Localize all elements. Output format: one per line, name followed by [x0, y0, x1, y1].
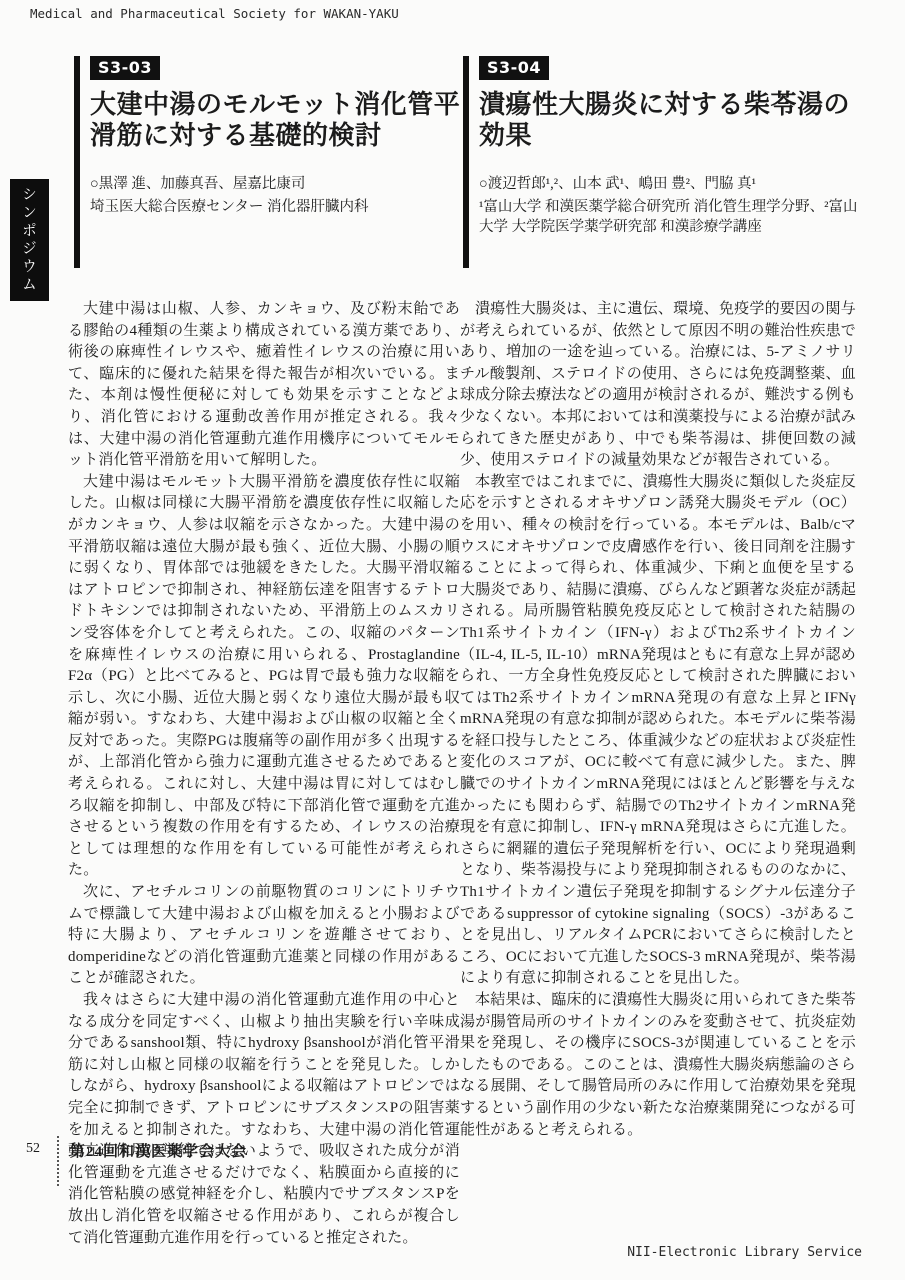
conference-name: 第24回和漢医薬学会大会: [70, 1140, 247, 1161]
authors-s3-03: ○黒澤 進、加藤真吾、屋嘉比康司: [90, 175, 468, 195]
paragraph: 我々はさらに大建中湯の消化管運動亢進作用の中心となる成分を同定すべく、山椒より抽…: [68, 990, 460, 1249]
session-badge-s3-03: S3-03: [90, 56, 160, 80]
paragraph: 本結果は、臨床的に潰瘍性大腸炎に用いられてきた柴苓湯が腸管局所のサイトカインのみ…: [460, 990, 856, 1141]
paragraph: 潰瘍性大腸炎は、主に遺伝、環境、免疫学的要因の関与が考えられているが、依然として…: [460, 299, 856, 472]
abstract-title-s3-04: 潰瘍性大腸炎に対する柴苓湯の効果: [479, 89, 869, 151]
page-number: 52: [26, 1141, 40, 1157]
paragraph: 大建中湯はモルモット大腸平滑筋を濃度依存性に収縮した。山椒は同様に大腸平滑筋を濃…: [68, 472, 460, 882]
abstract-title-s3-03: 大建中湯のモルモット消化管平滑筋に対する基礎的検討: [90, 89, 468, 151]
paragraph: 本教室ではこれまでに、潰瘍性大腸炎に類似した炎症反応を示すとされるオキサゾロン誘…: [460, 472, 856, 990]
affiliation-s3-03: 埼玉医大総合医療センター 消化器肝臓内科: [90, 197, 468, 217]
authors-s3-04: ○渡辺哲郎¹,²、山本 武¹、嶋田 豊²、門脇 真¹: [479, 175, 869, 195]
session-badge-s3-04: S3-04: [479, 56, 549, 80]
paragraph: 大建中湯は山椒、人参、カンキョウ、及び粉末飴である膠飴の4種類の生薬より構成され…: [68, 299, 460, 472]
abstract-body-s3-04: 潰瘍性大腸炎は、主に遺伝、環境、免疫学的要因の関与が考えられているが、依然として…: [460, 299, 856, 1141]
footer-dotted-divider: [57, 1136, 59, 1186]
abstract-header-s3-04: S3-04 潰瘍性大腸炎に対する柴苓湯の効果 ○渡辺哲郎¹,²、山本 武¹、嶋田…: [463, 56, 869, 268]
affiliation-s3-04: ¹富山大学 和漢医薬学総合研究所 消化管生理学分野、²富山大学 大学院医学薬学研…: [479, 197, 869, 237]
nii-library-service-text: NII-Electronic Library Service: [627, 1245, 862, 1260]
paragraph: 次に、アセチルコリンの前駆物質のコリンにトリチウムで標識して大建中湯および山椒を…: [68, 882, 460, 990]
abstract-body-s3-03: 大建中湯は山椒、人参、カンキョウ、及び粉末飴である膠飴の4種類の生薬より構成され…: [68, 299, 460, 1249]
abstract-header-s3-03: S3-03 大建中湯のモルモット消化管平滑筋に対する基礎的検討 ○黒澤 進、加藤…: [74, 56, 468, 268]
library-header-text: Medical and Pharmaceutical Society for W…: [30, 6, 399, 21]
scanned-abstract-page: Medical and Pharmaceutical Society for W…: [0, 0, 905, 1280]
symposium-side-tab: シンポジウム: [10, 179, 49, 301]
